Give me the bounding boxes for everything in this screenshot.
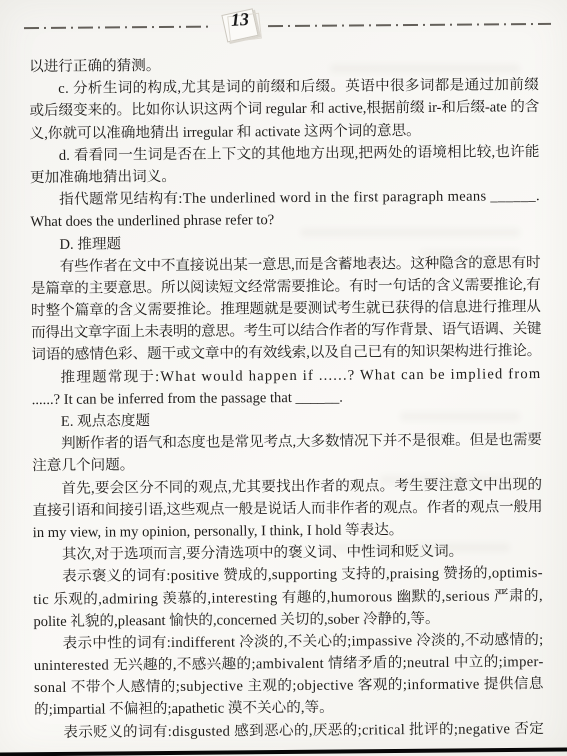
text-line-content: sonal 不带个人感情的;subjective 主观的;objective 客… <box>34 673 544 699</box>
text-line-content: 以进行正确的猜测。 <box>29 55 161 78</box>
text-line-content: What does the underlined phrase refer to… <box>30 209 274 233</box>
text-line: 或后缀变来的。比如你认识这两个词 regular 和 active,根据前缀 i… <box>29 96 539 122</box>
scan-artifact <box>400 412 520 421</box>
text-line-content: in my view, in my opinion, personally, I… <box>33 519 404 544</box>
scan-artifact <box>300 228 520 237</box>
page-text: 以进行正确的猜测。c. 分析生词的构成,尤其是词的前缀和后缀。英语中很多词都是通… <box>29 52 544 744</box>
scan-artifact <box>330 64 520 73</box>
text-line: 推理题常现于:What would happen if ......? What… <box>31 363 541 389</box>
text-line-content: 表示贬义的词有:disgusted 感到恶心的,厌恶的;critical 批评的… <box>63 718 544 744</box>
page-number: 13 <box>216 8 263 32</box>
text-line-content: 直接引语和间接引语,这些观点一般是说话人而非作者的观点。作者的观点一般用 <box>32 496 542 522</box>
text-line-content: E. 观点态度题 <box>61 410 150 433</box>
page-number-badge: 13 <box>217 8 263 44</box>
scan-artifact <box>330 543 510 552</box>
text-line: 直接引语和间接引语,这些观点一般是说话人而非作者的观点。作者的观点一般用 <box>32 496 542 522</box>
text-line-content: D. 推理题 <box>59 233 121 256</box>
scan-artifact <box>380 475 520 484</box>
text-line-content: tic 乐观的,admiring 羡慕的,interesting 有趣的,hum… <box>33 585 543 611</box>
text-line-content: ......? It can be inferred from the pass… <box>32 386 343 411</box>
text-line: 表示贬义的词有:disgusted 感到恶心的,厌恶的;critical 批评的… <box>34 718 544 744</box>
text-line-content: 推理题常现于:What would happen if ......? What… <box>60 363 541 389</box>
text-line: 判断作者的语气和态度也是常见考点,大多数情况下并不是很难。但是也需要 <box>32 429 542 455</box>
text-line-content: 的;impartial 不偏袒的;apathetic 漠不关心的,等。 <box>34 697 334 722</box>
text-line-content: d. 看看同一生词是否在上下文的其他地方出现,把两处的语境相比较,也许能 <box>59 141 540 167</box>
book-page: 13 以进行正确的猜测。c. 分析生词的构成,尤其是词的前缀和后缀。英语中很多词… <box>0 0 567 756</box>
text-line-content: 义,你就可以准确地猜出 irregular 和 activate 这两个词的意思… <box>30 120 421 145</box>
text-line: tic 乐观的,admiring 羡慕的,interesting 有趣的,hum… <box>33 585 543 611</box>
header-rule-right <box>268 23 551 27</box>
text-line: sonal 不带个人感情的;subjective 主观的;objective 客… <box>34 673 544 699</box>
header-rule-left <box>24 26 212 29</box>
text-line-content: 或后缀变来的。比如你认识这两个词 regular 和 active,根据前缀 i… <box>29 96 539 122</box>
text-line-content: 更加准确地猜出词义。 <box>30 166 176 189</box>
text-line: 指代题常见结构有:The underlined word in the firs… <box>30 185 540 211</box>
text-line-content: polite 礼貌的,pleasant 愉快的,concerned 关切的,so… <box>33 608 439 633</box>
page-header: 13 <box>24 6 551 46</box>
scan-edge-bar <box>0 747 567 756</box>
text-line: d. 看看同一生词是否在上下文的其他地方出现,把两处的语境相比较,也许能 <box>30 141 540 167</box>
text-line-content: 注意几个问题。 <box>32 455 134 478</box>
scan-artifact <box>420 250 520 259</box>
text-line-content: 指代题常见结构有:The underlined word in the firs… <box>59 185 540 211</box>
text-line-content: 判断作者的语气和态度也是常见考点,大多数情况下并不是很难。但是也需要 <box>61 429 542 455</box>
